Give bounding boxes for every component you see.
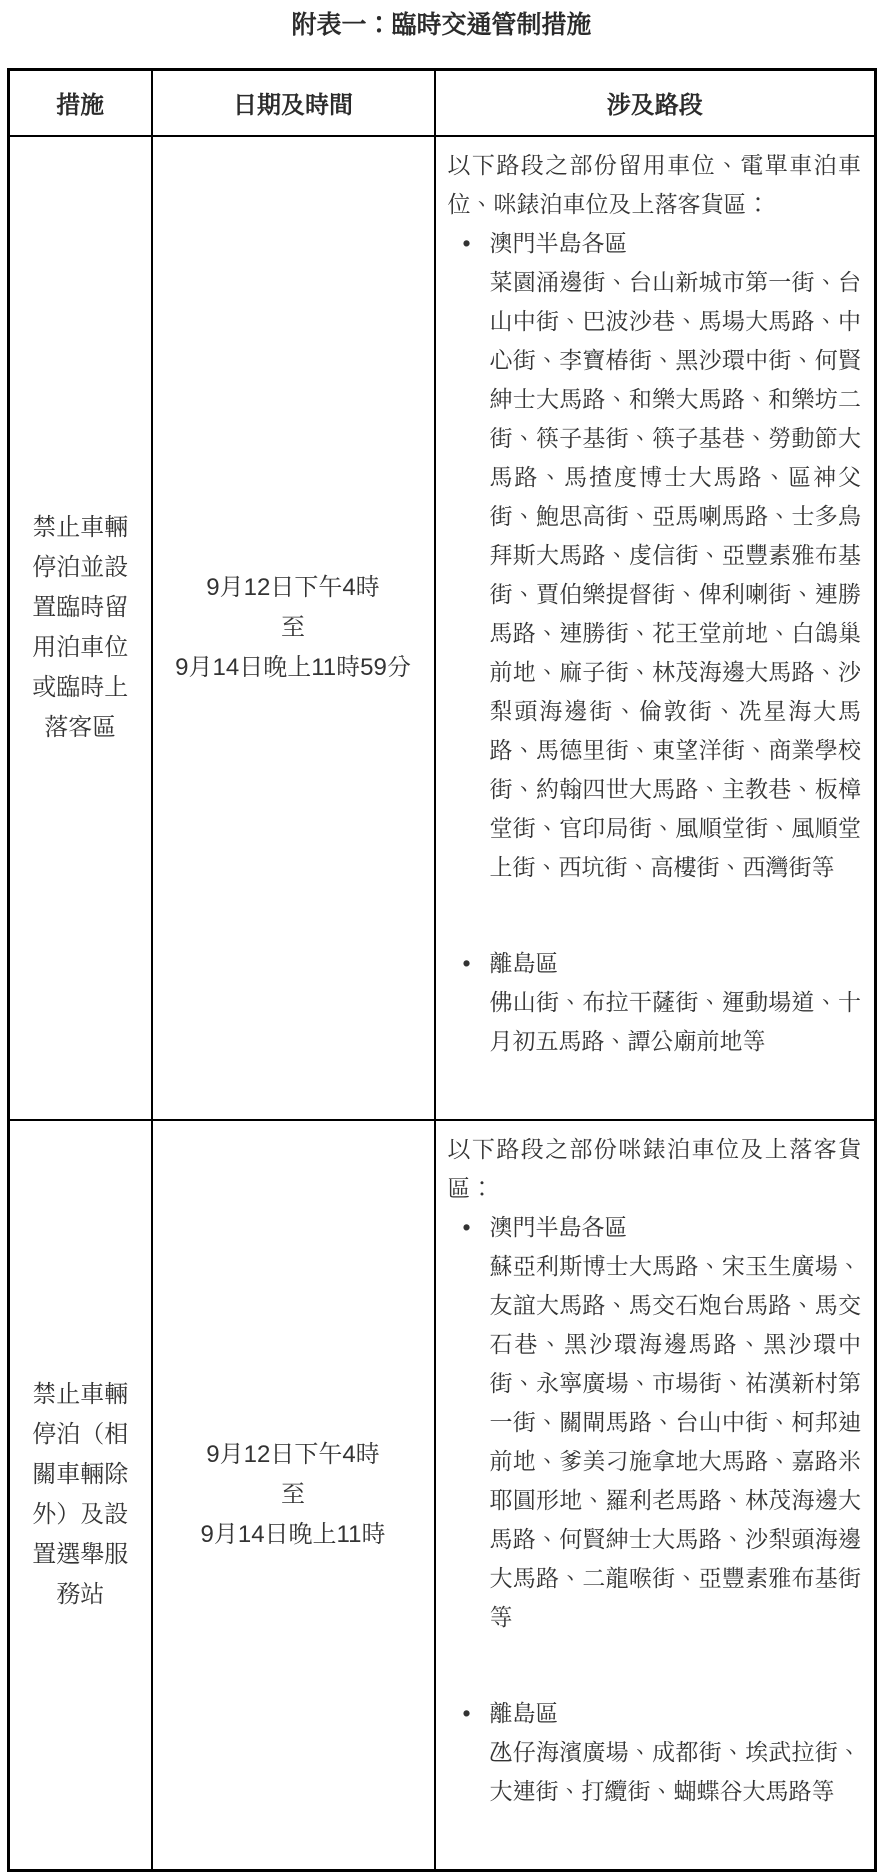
header-roads: 涉及路段 (435, 70, 876, 136)
list-item: 離島區 氹仔海濱廣場、成都街、埃武拉街、大連街、打纜街、蝴蝶谷大馬路等 (448, 1694, 862, 1811)
datetime-start: 9月12日下午4時 (157, 568, 430, 608)
traffic-measures-table: 措施 日期及時間 涉及路段 禁止車輛停泊並設置臨時留用泊車位或臨時上落客區 9月… (7, 68, 877, 1872)
datetime-text: 9月12日下午4時 至 9月14日晚上11時 (152, 1120, 435, 1871)
bullet-icon (463, 1694, 490, 1733)
bullet-icon (463, 1208, 490, 1247)
document-page: 附表一：臨時交通管制措施 措施 日期及時間 涉及路段 禁止車輛停泊並設置臨時留用… (0, 0, 883, 1872)
street-list: 菜園涌邊街、台山新城市第一街、台山中街、巴波沙巷、馬場大馬路、中心街、李寶椿街、… (490, 263, 862, 887)
page-title: 附表一：臨時交通管制措施 (0, 10, 883, 40)
region-name: 離島區 (490, 944, 862, 983)
list-item: 澳門半島各區 菜園涌邊街、台山新城市第一街、台山中街、巴波沙巷、馬場大馬路、中心… (448, 224, 862, 887)
header-datetime: 日期及時間 (152, 70, 435, 136)
roads-intro: 以下路段之部份留用車位、電單車泊車位、咪錶泊車位及上落客貨區： (448, 146, 862, 224)
datetime-to: 至 (157, 1475, 430, 1515)
measure-text: 禁止車輛停泊並設置臨時留用泊車位或臨時上落客區 (9, 136, 152, 1120)
region-name: 澳門半島各區 (490, 224, 862, 263)
bullet-icon (463, 944, 490, 983)
roads-cell: 以下路段之部份留用車位、電單車泊車位、咪錶泊車位及上落客貨區： 澳門半島各區 菜… (435, 136, 876, 1120)
datetime-start: 9月12日下午4時 (157, 1435, 430, 1475)
street-list: 蘇亞利斯博士大馬路、宋玉生廣場、友誼大馬路、馬交石炮台馬路、馬交石巷、黑沙環海邊… (490, 1247, 862, 1637)
street-list: 氹仔海濱廣場、成都街、埃武拉街、大連街、打纜街、蝴蝶谷大馬路等 (490, 1733, 862, 1811)
list-item: 澳門半島各區 蘇亞利斯博士大馬路、宋玉生廣場、友誼大馬路、馬交石炮台馬路、馬交石… (448, 1208, 862, 1637)
datetime-text: 9月12日下午4時 至 9月14日晚上11時59分 (152, 136, 435, 1120)
header-measure: 措施 (9, 70, 152, 136)
roads-intro: 以下路段之部份咪錶泊車位及上落客貨區： (448, 1130, 862, 1208)
datetime-end: 9月14日晚上11時 (157, 1515, 430, 1555)
datetime-to: 至 (157, 608, 430, 648)
bullet-icon (463, 224, 490, 263)
table-row: 禁止車輛停泊並設置臨時留用泊車位或臨時上落客區 9月12日下午4時 至 9月14… (9, 136, 876, 1120)
street-list: 佛山街、布拉干薩街、運動場道、十月初五馬路、譚公廟前地等 (490, 983, 862, 1061)
table-row: 禁止車輛停泊（相關車輛除外）及設置選舉服務站 9月12日下午4時 至 9月14日… (9, 1120, 876, 1871)
list-item: 離島區 佛山街、布拉干薩街、運動場道、十月初五馬路、譚公廟前地等 (448, 944, 862, 1061)
measure-text: 禁止車輛停泊（相關車輛除外）及設置選舉服務站 (9, 1120, 152, 1871)
datetime-end: 9月14日晚上11時59分 (157, 648, 430, 688)
region-name: 澳門半島各區 (490, 1208, 862, 1247)
roads-cell: 以下路段之部份咪錶泊車位及上落客貨區： 澳門半島各區 蘇亞利斯博士大馬路、宋玉生… (435, 1120, 876, 1871)
region-name: 離島區 (490, 1694, 862, 1733)
table-header-row: 措施 日期及時間 涉及路段 (9, 70, 876, 136)
